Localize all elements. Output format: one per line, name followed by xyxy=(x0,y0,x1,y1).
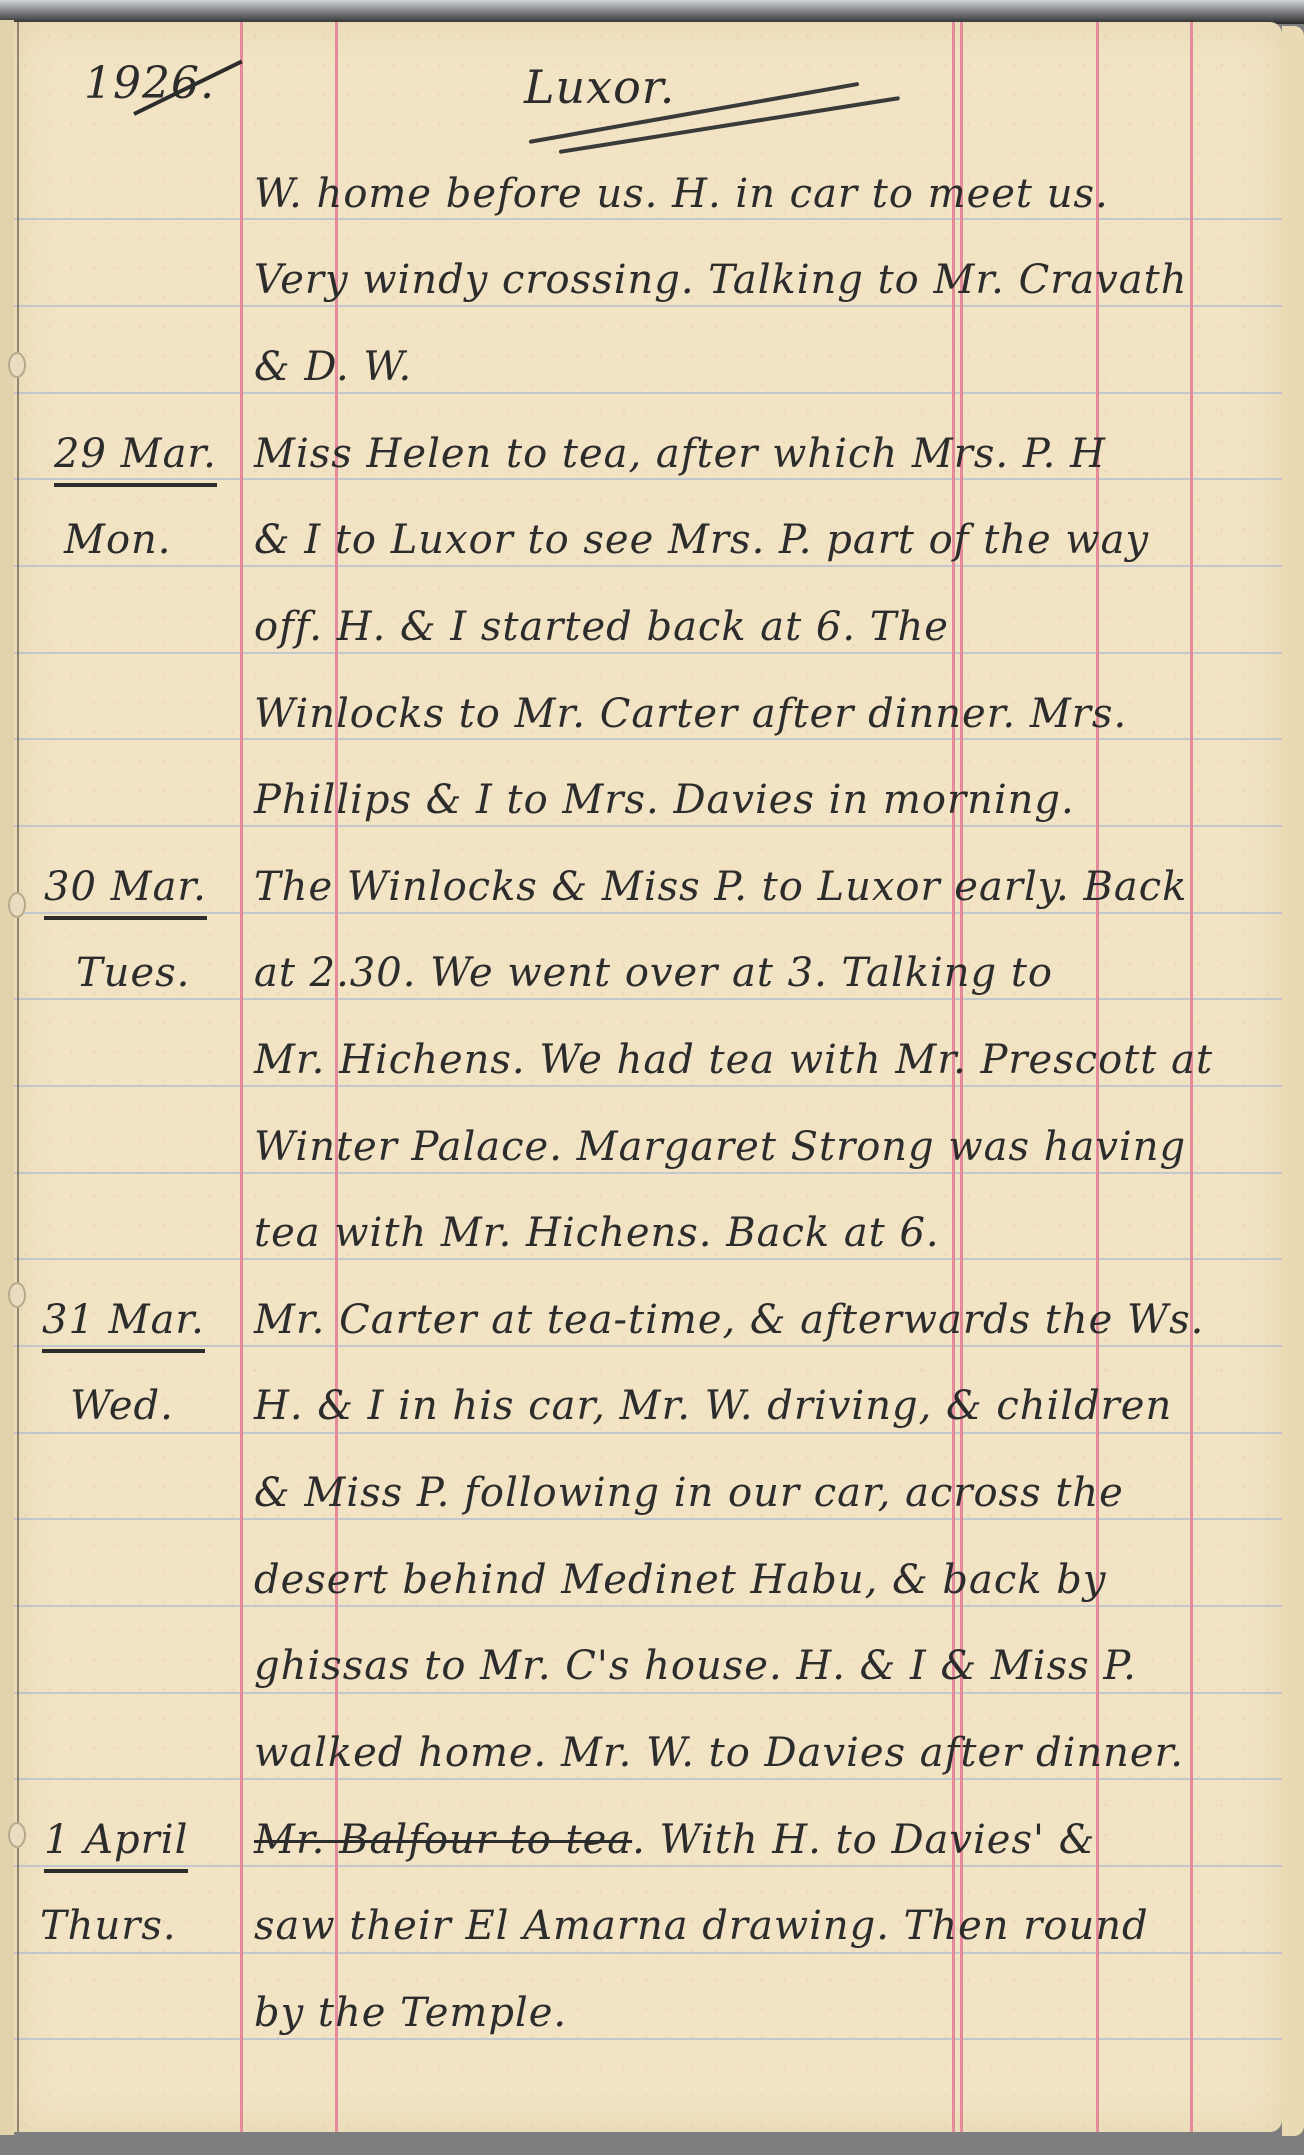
entry-line-text: . With H. to Davies' & xyxy=(632,1817,1095,1863)
ruled-line xyxy=(14,1692,1282,1694)
entry-line: at 2.30. We went over at 3. Talking to xyxy=(254,953,1053,993)
scan-top-shadow xyxy=(0,0,1304,24)
ruled-line xyxy=(14,1432,1282,1434)
entry-line: tea with Mr. Hichens. Back at 6. xyxy=(254,1213,940,1253)
entry-line: Very windy crossing. Talking to Mr. Crav… xyxy=(254,260,1187,300)
stitch-hole xyxy=(8,352,26,378)
stitch-hole xyxy=(8,892,26,918)
ruled-line xyxy=(14,305,1282,307)
entry-day: Mon. xyxy=(64,520,172,560)
ruled-line xyxy=(14,1952,1282,1954)
entry-line: Winlocks to Mr. Carter after dinner. Mrs… xyxy=(254,694,1127,734)
stitch-hole xyxy=(8,1822,26,1848)
ruled-line xyxy=(14,998,1282,1000)
ruled-line xyxy=(14,565,1282,567)
entry-line: walked home. Mr. W. to Davies after dinn… xyxy=(254,1733,1184,1773)
entry-date: 1 April xyxy=(44,1817,188,1873)
entry-day: Thurs. xyxy=(40,1906,177,1946)
binding-strip xyxy=(0,20,14,2135)
entry-line: saw their El Amarna drawing. Then round xyxy=(254,1906,1149,1946)
ruled-line xyxy=(14,825,1282,827)
ruled-line xyxy=(14,1865,1282,1867)
entry-line: Phillips & I to Mrs. Davies in morning. xyxy=(254,780,1075,820)
entry-line: H. & I in his car, Mr. W. driving, & chi… xyxy=(254,1386,1172,1426)
entry-day: Wed. xyxy=(70,1386,174,1426)
ruled-line xyxy=(14,1778,1282,1780)
entry-line: Mr. Carter at tea-time, & afterwards the… xyxy=(254,1300,1204,1340)
entry-line: The Winlocks & Miss P. to Luxor early. B… xyxy=(254,867,1187,907)
ruled-line xyxy=(14,1518,1282,1520)
ruled-line xyxy=(14,738,1282,740)
entry-line: W. home before us. H. in car to meet us. xyxy=(254,174,1109,214)
ruled-line xyxy=(14,2038,1282,2040)
entry-line: Mr. Hichens. We had tea with Mr. Prescot… xyxy=(254,1040,1213,1080)
entry-date: 30 Mar. xyxy=(44,864,207,920)
entry-line: by the Temple. xyxy=(254,1993,567,2033)
entry-line: & Miss P. following in our car, across t… xyxy=(254,1473,1124,1513)
ruled-line xyxy=(14,1258,1282,1260)
next-page-edge xyxy=(1282,26,1304,2136)
ruled-line xyxy=(14,392,1282,394)
entry-line: Miss Helen to tea, after which Mrs. P. H xyxy=(254,434,1106,474)
entry-line: ghissas to Mr. C's house. H. & I & Miss … xyxy=(254,1646,1137,1686)
entry-date: 31 Mar. xyxy=(42,1297,205,1353)
entry-day: Tues. xyxy=(76,953,190,993)
stitch-hole xyxy=(8,1282,26,1308)
entry-line: Mr. Balfour to tea. With H. to Davies' & xyxy=(254,1820,1095,1860)
ruled-line xyxy=(14,652,1282,654)
place-heading: Luxor. xyxy=(524,64,675,110)
entry-line: off. H. & I started back at 6. The xyxy=(254,607,949,647)
struck-through-text: Mr. Balfour to tea xyxy=(254,1817,632,1863)
ruled-line xyxy=(14,1605,1282,1607)
binding-thread xyxy=(17,22,19,2132)
diary-page: 1926. Luxor. W. home before us. H. in ca… xyxy=(14,22,1282,2132)
entry-line: & I to Luxor to see Mrs. P. part of the … xyxy=(254,520,1149,560)
margin-line xyxy=(240,22,243,2132)
entry-line: & D. W. xyxy=(254,347,412,387)
entry-date: 29 Mar. xyxy=(54,431,217,487)
ruled-line xyxy=(14,218,1282,220)
ruled-line xyxy=(14,1085,1282,1087)
entry-line: Winter Palace. Margaret Strong was havin… xyxy=(254,1127,1186,1167)
ruled-line xyxy=(14,1172,1282,1174)
entry-line: desert behind Medinet Habu, & back by xyxy=(254,1560,1106,1600)
